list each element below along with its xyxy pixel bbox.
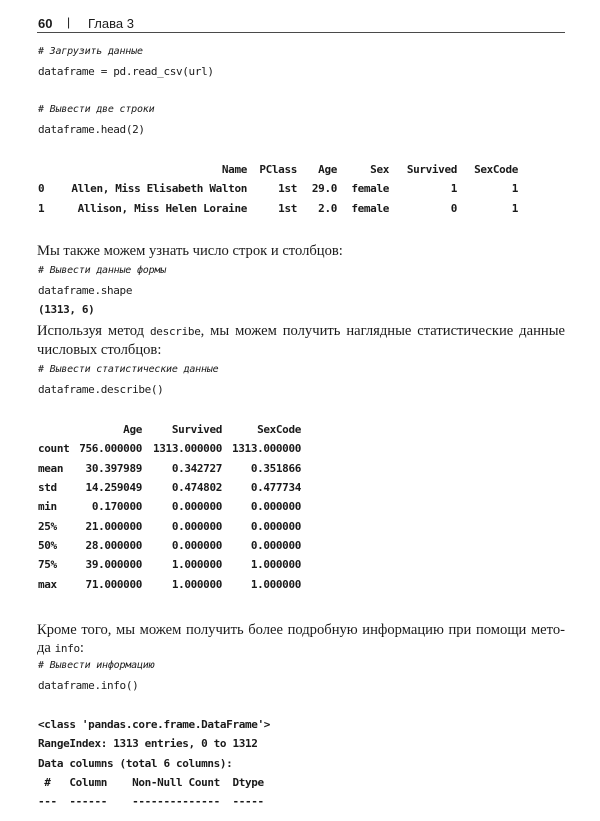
column-header: Age (297, 160, 337, 179)
table-cell: 0 (389, 199, 457, 218)
running-head: 60 | Глава 3 (37, 14, 565, 34)
table-cell: 0.477734 (222, 478, 301, 497)
table-row: 25%21.0000000.0000000.000000 (38, 516, 301, 535)
info-output-line: Data columns (total 6 columns): (38, 757, 232, 770)
table-cell: 0.000000 (222, 536, 301, 555)
head-output-table: NamePClassAgeSexSurvivedSexCode 0Allen, … (38, 160, 518, 218)
table-row: std14.2590490.4748020.477734 (38, 478, 301, 497)
table-cell: 0.351866 (222, 459, 301, 478)
code-info: dataframe.info() (38, 679, 138, 692)
header-rule (37, 32, 565, 33)
table-cell: 2.0 (297, 199, 337, 218)
table-cell: 0.000000 (222, 516, 301, 535)
table-cell: 14.259049 (74, 478, 142, 497)
code-read-csv: dataframe = pd.read_csv(url) (38, 65, 214, 78)
table-row: count756.0000001313.0000001313.000000 (38, 439, 301, 458)
column-header (38, 420, 74, 439)
table-cell: 0.000000 (222, 497, 301, 516)
table-cell: 1.000000 (222, 555, 301, 574)
code-shape: dataframe.shape (38, 284, 132, 297)
table-row: 75%39.0000001.0000001.000000 (38, 555, 301, 574)
inline-code-info: info (55, 642, 80, 655)
table-row: max71.0000001.0000001.000000 (38, 574, 301, 593)
table-cell: 1 (457, 199, 518, 218)
table-cell: 1.000000 (142, 555, 222, 574)
column-header: Survived (389, 160, 457, 179)
code-comment-shape: # Вывести данные формы (38, 265, 166, 276)
info-output-line: # Column Non-Null Count Dtype (38, 776, 270, 789)
column-header: Sex (337, 160, 389, 179)
row-index: 75% (38, 555, 74, 574)
column-header: PClass (247, 160, 297, 179)
info-output-line: RangeIndex: 1313 entries, 0 to 1312 (38, 737, 258, 750)
table-cell: 28.000000 (74, 536, 142, 555)
table-cell: 1.000000 (222, 574, 301, 593)
table-cell: Allison, Miss Helen Loraine (58, 199, 247, 218)
code-comment-head: # Вывести две строки (38, 104, 154, 115)
table-cell: 0.000000 (142, 536, 222, 555)
table-cell: 30.397989 (74, 459, 142, 478)
table-cell: 1st (247, 179, 297, 198)
table-cell: 21.000000 (74, 516, 142, 535)
column-header: Survived (142, 420, 222, 439)
header-separator: | (67, 15, 70, 29)
row-index: 0 (38, 179, 58, 198)
table-header-row: AgeSurvivedSexCode (38, 420, 301, 439)
paragraph-text: Используя метод (37, 323, 150, 339)
info-output-line: --- ------ -------------- ----- (38, 795, 270, 808)
table-row: 0Allen, Miss Elisabeth Walton1st29.0fema… (38, 179, 518, 198)
table-row: 1Allison, Miss Helen Loraine1st2.0female… (38, 199, 518, 218)
page-number: 60 (38, 16, 52, 31)
column-header: SexCode (222, 420, 301, 439)
column-header (38, 160, 58, 179)
code-comment-describe: # Вывести статистические данные (38, 364, 218, 375)
code-describe: dataframe.describe() (38, 383, 163, 396)
paragraph-info: Кроме того, мы можем получить более подр… (37, 621, 565, 658)
code-comment-load: # Загрузить данные (38, 46, 143, 57)
table-cell: 0.170000 (74, 497, 142, 516)
table-row: mean30.3979890.3427270.351866 (38, 459, 301, 478)
table-cell: female (337, 199, 389, 218)
table-cell: 0.000000 (142, 516, 222, 535)
chapter-title: Глава 3 (88, 16, 134, 31)
table-cell: 71.000000 (74, 574, 142, 593)
table-cell: 1.000000 (142, 574, 222, 593)
row-index: count (38, 439, 74, 458)
table-header-row: NamePClassAgeSexSurvivedSexCode (38, 160, 518, 179)
table-cell: 39.000000 (74, 555, 142, 574)
table-cell: 1313.000000 (222, 439, 301, 458)
table-row: min0.1700000.0000000.000000 (38, 497, 301, 516)
row-index: max (38, 574, 74, 593)
table-row: 50%28.0000000.0000000.000000 (38, 536, 301, 555)
code-comment-info: # Вывести информацию (38, 660, 154, 671)
code-head: dataframe.head(2) (38, 123, 145, 136)
info-output-line: <class 'pandas.core.frame.DataFrame'> (38, 718, 270, 731)
table-cell: 756.000000 (74, 439, 142, 458)
table-cell: 0.342727 (142, 459, 222, 478)
table-cell: 1st (247, 199, 297, 218)
column-header: Age (74, 420, 142, 439)
row-index: 1 (38, 199, 58, 218)
table-cell: female (337, 179, 389, 198)
inline-code-describe: describe (150, 325, 201, 338)
row-index: mean (38, 459, 74, 478)
paragraph-text: : (80, 640, 84, 656)
row-index: 50% (38, 536, 74, 555)
paragraph-shape: Мы также можем узнать число строк и стол… (37, 242, 565, 260)
paragraph-text: Кроме того, мы можем получить более подр… (37, 622, 565, 656)
table-cell: 1 (389, 179, 457, 198)
column-header: Name (58, 160, 247, 179)
table-cell: Allen, Miss Elisabeth Walton (58, 179, 247, 198)
row-index: min (38, 497, 74, 516)
book-page: 60 | Глава 3 # Загрузить данные datafram… (0, 0, 600, 821)
row-index: std (38, 478, 74, 497)
table-cell: 29.0 (297, 179, 337, 198)
table-cell: 0.000000 (142, 497, 222, 516)
row-index: 25% (38, 516, 74, 535)
table-cell: 1 (457, 179, 518, 198)
shape-output: (1313, 6) (38, 303, 94, 316)
table-cell: 0.474802 (142, 478, 222, 497)
column-header: SexCode (457, 160, 518, 179)
paragraph-describe: Используя метод describe, мы можем получ… (37, 322, 565, 359)
describe-output-table: AgeSurvivedSexCode count756.0000001313.0… (38, 420, 301, 594)
table-cell: 1313.000000 (142, 439, 222, 458)
